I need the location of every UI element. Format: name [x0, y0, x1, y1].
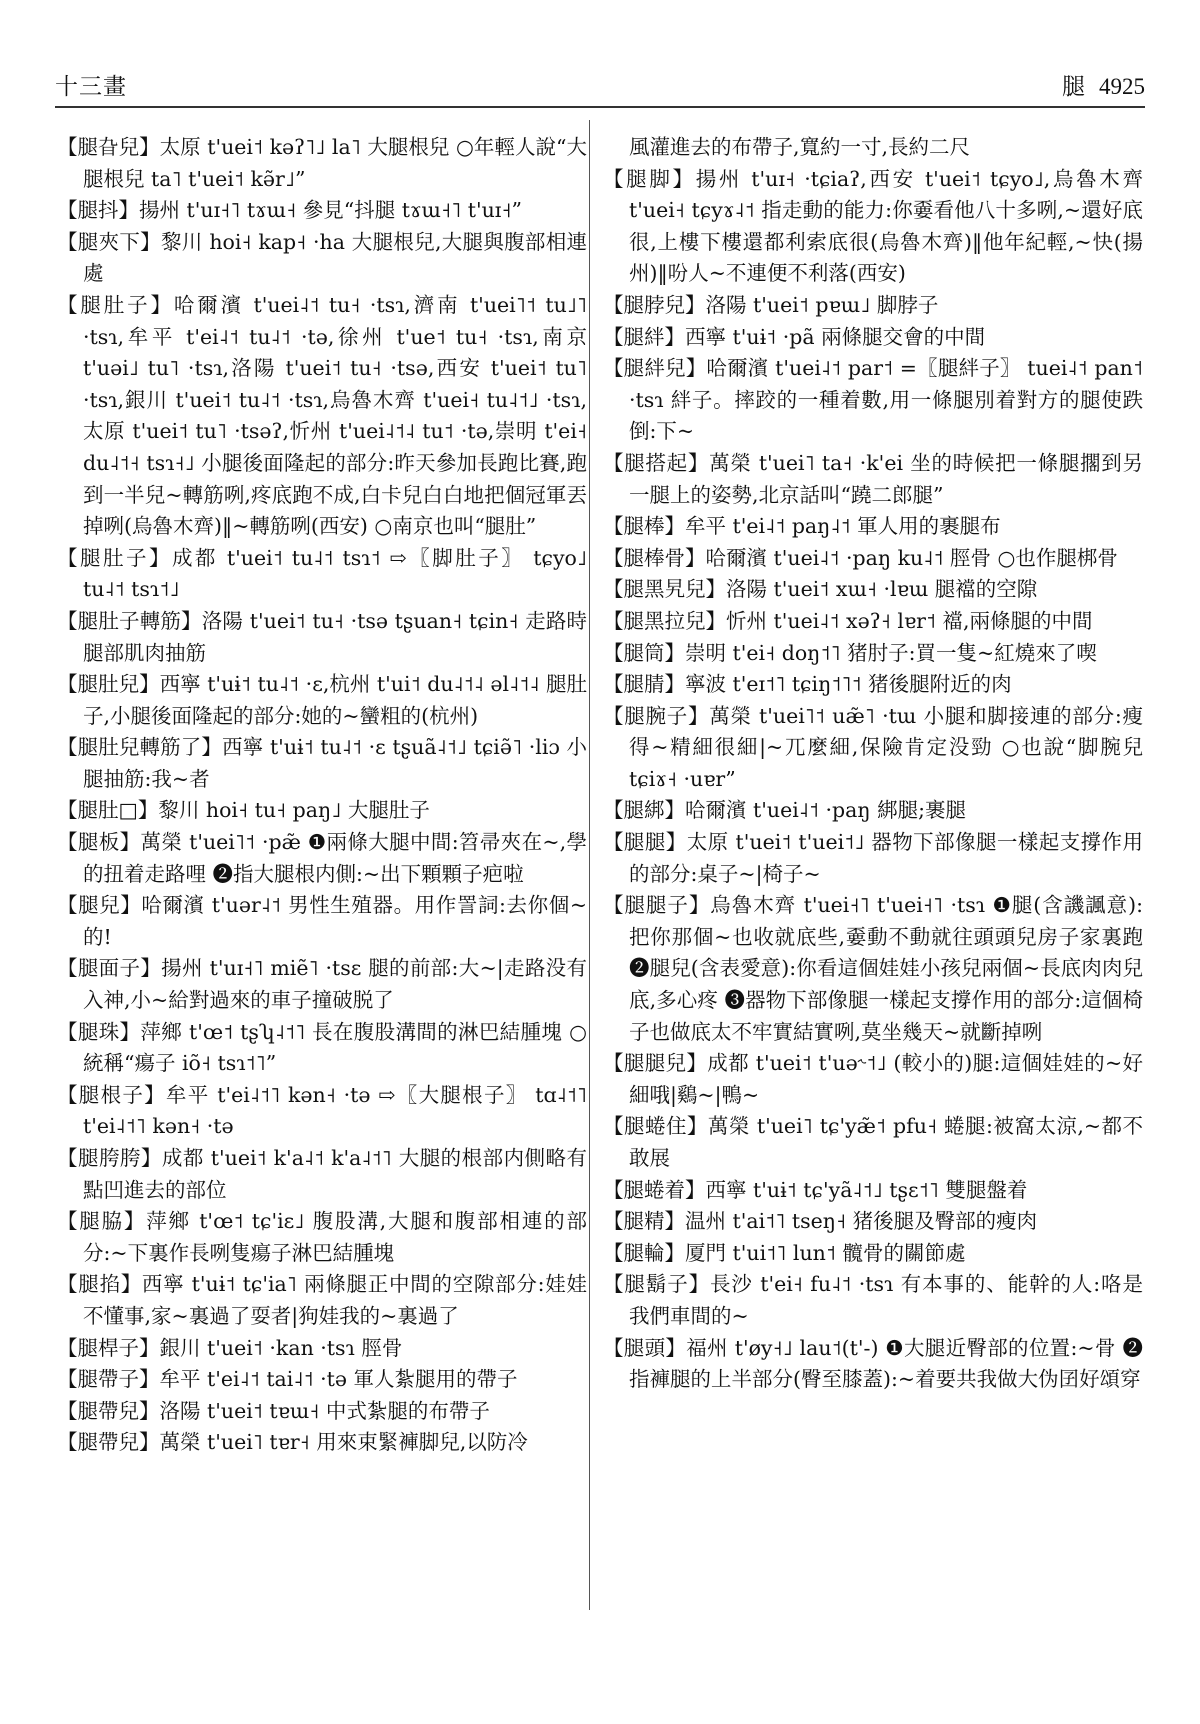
- dictionary-entry: 【腿綁】哈爾濱 t'uei˨˦ ·paŋ 綁腿;裹腿: [603, 795, 1143, 827]
- dictionary-entry: 【腿肚□】黎川 hoi˧ tu˧ paŋ˩ 大腿肚子: [57, 795, 587, 827]
- dictionary-entry: 【腿絆】西寧 t'uɨ˦ ·pã 兩條腿交會的中間: [603, 322, 1143, 354]
- dictionary-entry: 【腿頭】福州 t'øy˧˩ lau˦(t'-) ❶大腿近臀部的位置:~骨 ❷指褲…: [603, 1333, 1143, 1396]
- dictionary-entry: 【腿精】温州 t'ai˦˥ tseŋ˧ 猪後腿及臀部的瘦肉: [603, 1206, 1143, 1238]
- dictionary-entry: 【腿輪】厦門 t'ui˦˥ lun˦ 髖骨的關節處: [603, 1238, 1143, 1270]
- dictionary-entry: 【腿帶子】牟平 t'ei˨˦ tai˨˦ ·tə 軍人紮腿用的帶子: [57, 1364, 587, 1396]
- dictionary-entry: 【腿搭起】萬榮 t'uei˥ ta˧ ·k'ei 坐的時候把一條腿擱到另一腿上的…: [603, 448, 1143, 511]
- dictionary-entry: 【腿肚子】成都 t'uei˦ tu˨˦ tsɿ˦ ⇨〖脚肚子〗 tɕyo˩ tu…: [57, 543, 587, 606]
- dictionary-entry: 【腿帶兒】萬榮 t'uei˥ tɐr˧ 用來束緊褲脚兒,以防冷: [57, 1427, 587, 1459]
- dictionary-entry: 【腿板】萬榮 t'uei˥˦ ·pæ̃ ❶兩條大腿中間:笤帚夾在~,學的扭着走路…: [57, 827, 587, 890]
- dictionary-entry: 【腿掐】西寧 t'uɨ˦ tɕ'ia˥ 兩條腿正中間的空隙部分:娃娃不懂事,家~…: [57, 1269, 587, 1332]
- dictionary-entry: 【腿抖】揚州 t'uɪ˧˥ tɤɯ˧ 參見“抖腿 tɤɯ˧˥ t'uɪ˧”: [57, 195, 587, 227]
- section-label: 十三畫: [55, 68, 127, 101]
- right-column: 風灌進去的布帶子,寬約一寸,長約二尺 【腿脚】揚州 t'uɪ˧ ·tɕiaʔ,西…: [603, 132, 1143, 1396]
- page-number: 4925: [1099, 74, 1145, 99]
- dictionary-entry: 【腿桿子】銀川 t'uei˦ ·kan ·tsɿ 脛骨: [57, 1333, 587, 1365]
- dictionary-entry: 【腿腕子】萬榮 t'uei˥˦ uæ̃˥ ·tɯ 小腿和脚接連的部分:瘦得~精細…: [603, 701, 1143, 796]
- dictionary-entry: 【腿脇】萍鄉 t'œ˦ tɕ'iɛ˩ 腹股溝,大腿和腹部相連的部分:~下裏作長咧…: [57, 1206, 587, 1269]
- dictionary-entry: 【腿鬍子】長沙 t'ei˧ fu˨˦ ·tsɿ 有本事的、能幹的人:咯是我們車間…: [603, 1269, 1143, 1332]
- dictionary-entry: 【腿夾下】黎川 hoi˧ kap˧ ·ha 大腿根兒,大腿與腹部相連處: [57, 227, 587, 290]
- head-character: 腿: [1062, 74, 1085, 100]
- dictionary-entry: 【腿肚子轉筋】洛陽 t'uei˦ tu˧ ·tsə tʂuan˧ tɕin˧ 走…: [57, 606, 587, 669]
- dictionary-entry: 【腿棒骨】哈爾濱 t'uei˨˦ ·paŋ ku˨˦ 脛骨 ○也作腿梆骨: [603, 543, 1143, 575]
- dictionary-entry: 【腿根子】牟平 t'ei˨˦˥ kən˧ ·tə ⇨〖大腿根子〗 tɑ˨˦˥ t…: [57, 1080, 587, 1143]
- dictionary-entry: 【腿絆兒】哈爾濱 t'uei˨˦ par˦ =〖腿絆子〗 tuei˨˦ pan˦…: [603, 353, 1143, 448]
- dictionary-entry: 【腿肚子】哈爾濱 t'uei˨˦ tu˧ ·tsɿ,濟南 t'uei˥˦ tu˩…: [57, 290, 587, 543]
- dictionary-entry: 【腿黑旯兒】洛陽 t'uei˦ xɯ˧ ·lɐɯ 腿襠的空隙: [603, 574, 1143, 606]
- dictionary-entry: 【腿腿】太原 t'uei˦ t'uei˦˩ 器物下部像腿一樣起支撐作用的部分:桌…: [603, 827, 1143, 890]
- dictionary-entry: 【腿腿兒】成都 t'uei˦ t'uə˞˦˩ (較小的)腿:這個娃娃的~好細哦|…: [603, 1048, 1143, 1111]
- column-divider: [589, 120, 590, 1610]
- dictionary-entry-continuation: 風灌進去的布帶子,寬約一寸,長約二尺: [603, 132, 1143, 164]
- running-head: 腿4925: [1062, 68, 1145, 101]
- left-column: 【腿旮兒】太原 t'uei˦ kəʔ˥˩ la˥ 大腿根兒 ○年輕人說“大腿根兒…: [57, 132, 587, 1459]
- dictionary-entry: 【腿蜷着】西寧 t'uɨ˦ tɕ'yã˨˦˩ tʂɛ˦˥ 雙腿盤着: [603, 1175, 1143, 1207]
- dictionary-entry: 【腿腈】寧波 t'eɪ˦˥ tɕiŋ˦˥˦ 猪後腿附近的肉: [603, 669, 1143, 701]
- dictionary-entry: 【腿帶兒】洛陽 t'uei˦ tɐɯ˧ 中式紮腿的布帶子: [57, 1396, 587, 1428]
- dictionary-entry: 【腿蜷住】萬榮 t'uei˥ tɕ'yæ̃˦ pfu˧ 蜷腿:被窩太涼,~都不敢…: [603, 1111, 1143, 1174]
- header-rule: [55, 106, 1145, 108]
- dictionary-entry: 【腿黑拉兒】忻州 t'uei˨˦ xəʔ˧ lɐr˦ 襠,兩條腿的中間: [603, 606, 1143, 638]
- dictionary-entry: 【腿肚兒】西寧 t'uɨ˦ tu˨˦ ·ɛ,杭州 t'ui˦ du˨˦˨ əl˨…: [57, 669, 587, 732]
- dictionary-entry: 【腿腿子】烏魯木齊 t'uei˧˥ t'uei˧˥ ·tsɿ ❶腿(含譏諷意):…: [603, 890, 1143, 1048]
- dictionary-entry: 【腿面子】揚州 t'uɪ˧˥ miẽ˥ ·tsɛ 腿的前部:大~|走路没有入神,…: [57, 953, 587, 1016]
- dictionary-entry: 【腿兒】哈爾濱 t'uər˨˦ 男性生殖器。用作詈詞:去你個~的!: [57, 890, 587, 953]
- dictionary-entry: 【腿棒】牟平 t'ei˨˦ paŋ˨˦ 軍人用的裹腿布: [603, 511, 1143, 543]
- dictionary-entry: 【腿旮兒】太原 t'uei˦ kəʔ˥˩ la˥ 大腿根兒 ○年輕人說“大腿根兒…: [57, 132, 587, 195]
- dictionary-entry: 【腿脚】揚州 t'uɪ˧ ·tɕiaʔ,西安 t'uei˦ tɕyo˩,烏魯木齊…: [603, 164, 1143, 290]
- dictionary-entry: 【腿肚兒轉筋了】西寧 t'uɨ˦ tu˨˦ ·ɛ tʂuã˨˦˩ tɕiə̃˥ …: [57, 732, 587, 795]
- page-header: 十三畫 腿4925: [55, 62, 1145, 102]
- dictionary-entry: 【腿胯胯】成都 t'uei˦ k'a˨˦ k'a˨˦˥ 大腿的根部内側略有點凹進…: [57, 1143, 587, 1206]
- dictionary-entry: 【腿脖兒】洛陽 t'uei˦ pɐɯ˩ 脚脖子: [603, 290, 1143, 322]
- dictionary-entry: 【腿珠】萍鄉 t'œ˦ tʂʮ˨˦˥ 長在腹股溝間的淋巴結腫塊 ○統稱“瘍子 i…: [57, 1017, 587, 1080]
- dictionary-entry: 【腿筒】崇明 t'ei˧ doŋ˦˥ 猪肘子:買一隻~紅燒來了喫: [603, 638, 1143, 670]
